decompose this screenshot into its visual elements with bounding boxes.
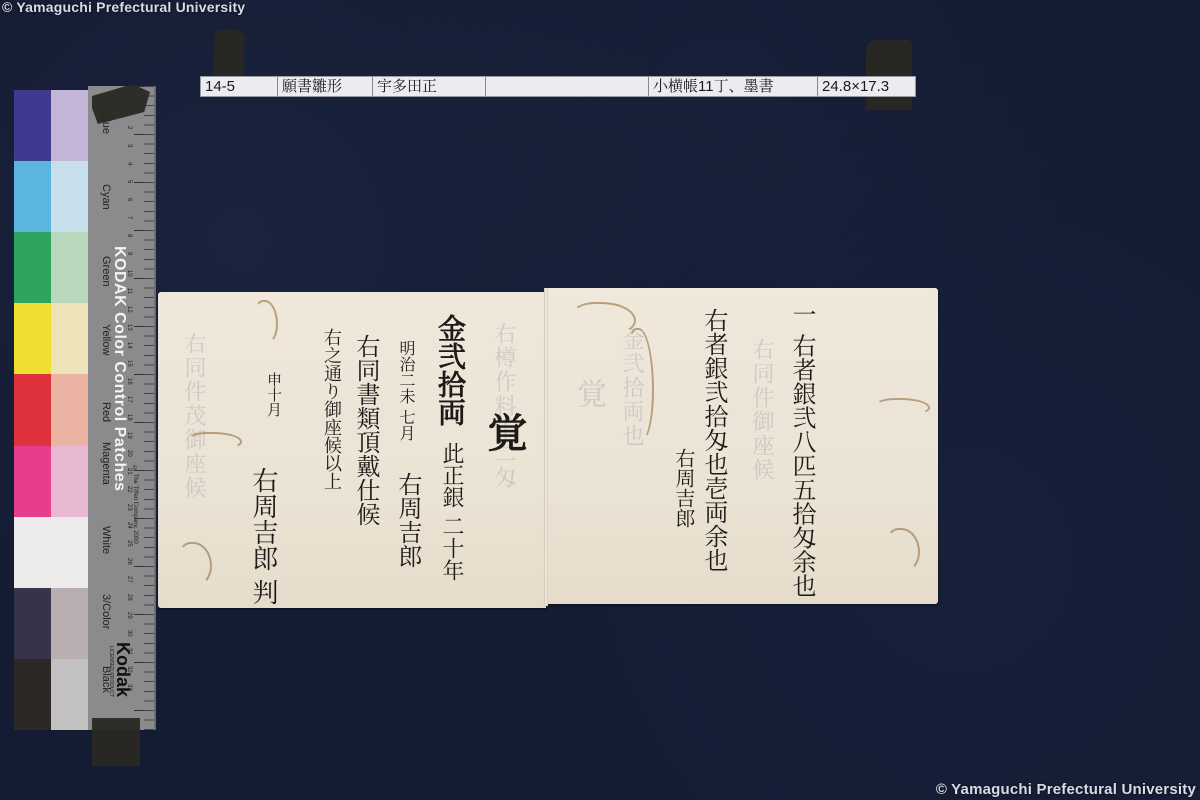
signature-column: 右周吉郎 xyxy=(674,448,694,568)
text-column: 金弐拾両 xyxy=(436,314,464,434)
label-green: Green xyxy=(90,256,112,287)
blank-field xyxy=(486,77,649,96)
document-author: 宇多田正 xyxy=(373,77,486,96)
patch-black xyxy=(14,659,88,730)
label-red: Red xyxy=(90,402,112,422)
dimensions: 24.8×17.3 xyxy=(818,77,915,96)
wormhole-damage xyxy=(572,302,636,336)
label-white: White xyxy=(90,526,112,554)
format-description: 小横帳11丁、墨書 xyxy=(649,77,818,96)
patch-cyan xyxy=(14,161,88,232)
color-control-patches xyxy=(14,90,88,730)
patch-red xyxy=(14,374,88,445)
wormhole-damage xyxy=(254,300,278,344)
patch-blue xyxy=(14,90,88,161)
patch-yellow xyxy=(14,303,88,374)
catalog-label: 14-5 願書雛形 宇多田正 小横帳11丁、墨書 24.8×17.3 xyxy=(200,76,916,97)
text-column: 此正銀 二十年 xyxy=(440,442,462,592)
wormhole-damage xyxy=(876,398,930,416)
text-column: 右者銀弐拾匁也壱両余也 xyxy=(702,308,726,588)
tape-strip xyxy=(866,40,912,110)
bleed-through-text: 右同件茂御座候 xyxy=(178,332,209,572)
patch-labels: Blue Cyan Green Yellow Red Magenta White… xyxy=(90,86,112,730)
catalog-number: 14-5 xyxy=(201,77,278,96)
historical-document: 右同件茂御座候 右樽作料十二匁 覚 金弐拾両 此正銀 二十年 明治二未 七月 右… xyxy=(158,292,938,610)
patch-white xyxy=(14,517,88,588)
label-cyan: Cyan xyxy=(90,184,112,210)
document-title: 願書雛形 xyxy=(278,77,373,96)
label-magenta: Magenta xyxy=(90,442,112,485)
wormhole-damage xyxy=(886,528,920,572)
wormhole-damage xyxy=(188,432,242,450)
text-column: 右之通り御座候以上 xyxy=(322,328,340,588)
tape-strip xyxy=(92,718,140,766)
heading-oboe: 覚 xyxy=(484,412,524,452)
kodak-ruler: Blue Cyan Green Yellow Red Magenta White… xyxy=(88,86,156,730)
right-page: 覚 金弐拾両也 右同件御座候 一 右者銀弐八匹五拾匁余也 右者銀弐拾匁也壱両余也… xyxy=(546,288,938,604)
patch-3color xyxy=(14,588,88,659)
wormhole-damage xyxy=(178,542,212,586)
copyright-watermark-bottom: © Yamaguchi Prefectural University xyxy=(936,781,1196,798)
label-3color: 3/Color xyxy=(90,594,112,629)
text-column: 右周吉郎 xyxy=(396,472,420,592)
wormhole-damage xyxy=(626,328,654,442)
date-column: 申十月 xyxy=(266,372,281,472)
ruler-ticks xyxy=(132,86,154,730)
patch-green xyxy=(14,232,88,303)
left-page: 右同件茂御座候 右樽作料十二匁 覚 金弐拾両 此正銀 二十年 明治二未 七月 右… xyxy=(158,292,546,608)
text-column: 右同書類頂戴仕候 xyxy=(354,334,378,594)
bleed-through-text: 右同件御座候 xyxy=(746,338,777,588)
signature-column: 右周吉郎 判 xyxy=(250,467,276,607)
label-yellow: Yellow xyxy=(90,324,112,355)
patch-magenta xyxy=(14,446,88,517)
text-column: 一 右者銀弐八匹五拾匁余也 xyxy=(790,302,814,582)
text-column: 明治二未 七月 xyxy=(398,340,414,490)
bleed-through-heading: 覚 xyxy=(566,378,610,410)
page-fold xyxy=(544,288,548,606)
copyright-watermark-top: © Yamaguchi Prefectural University xyxy=(2,0,245,15)
